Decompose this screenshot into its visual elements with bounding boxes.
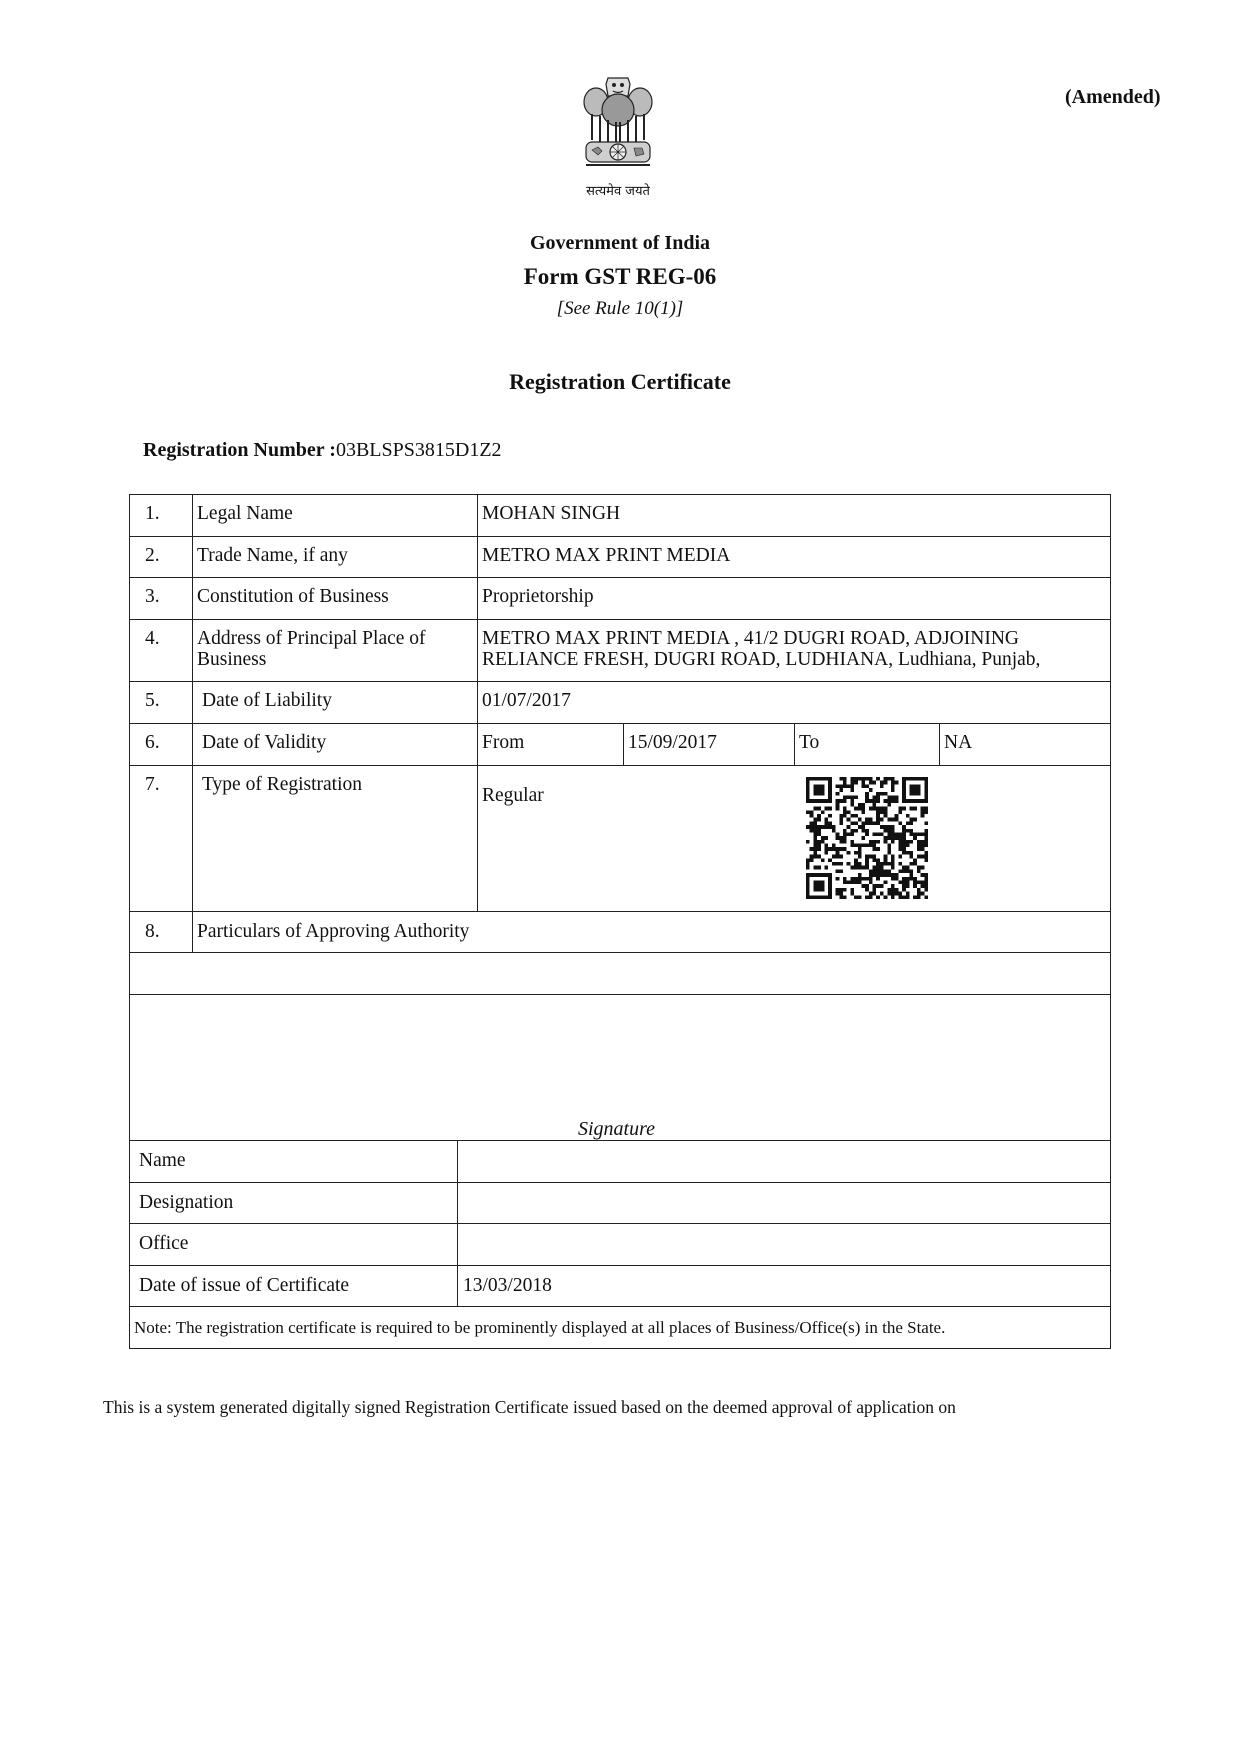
- national-emblem-icon: [578, 70, 658, 170]
- row-line: [129, 536, 1111, 537]
- legal-name-value: MOHAN SINGH: [482, 503, 620, 524]
- row-line: [129, 577, 1111, 578]
- row-line: [129, 952, 1111, 953]
- row-line: [129, 1265, 1111, 1266]
- display-note: Note: The registration certificate is re…: [134, 1317, 945, 1338]
- amended-label: (Amended): [1065, 86, 1161, 109]
- col-divider-from-value: [794, 723, 795, 765]
- row-number: 4.: [145, 628, 160, 649]
- row-line: [129, 1306, 1111, 1307]
- validity-from-value: 15/09/2017: [628, 732, 717, 753]
- col-divider-label: [477, 494, 478, 911]
- government-heading: Government of India: [0, 232, 1240, 255]
- row-label: Constitution of Business: [197, 586, 389, 607]
- signature-label: Signature: [578, 1118, 655, 1141]
- table-border-right: [1110, 494, 1111, 1348]
- registration-number-value: 03BLSPS3815D1Z2: [336, 439, 502, 461]
- row-line: [129, 494, 1111, 495]
- row-number: 6.: [145, 732, 160, 753]
- issue-date-label: Date of issue of Certificate: [139, 1275, 349, 1296]
- row-line: [129, 911, 1111, 912]
- emblem-motto: सत्यमेव जयते: [580, 181, 656, 199]
- row-number: 2.: [145, 545, 160, 566]
- row-line: [129, 1182, 1111, 1183]
- certificate-title: Registration Certificate: [0, 369, 1240, 395]
- row-line: [129, 681, 1111, 682]
- row-label: Address of Principal Place of: [197, 628, 426, 649]
- row-label: Particulars of Approving Authority: [197, 921, 469, 942]
- form-title: Form GST REG-06: [0, 264, 1240, 290]
- validity-to-value: NA: [944, 732, 972, 753]
- row-label: Date of Liability: [202, 690, 332, 711]
- row-line: [129, 994, 1111, 995]
- address-value-line1: METRO MAX PRINT MEDIA , 41/2 DUGRI ROAD,…: [482, 628, 1019, 649]
- row-line: [129, 619, 1111, 620]
- row-number: 5.: [145, 690, 160, 711]
- constitution-value: Proprietorship: [482, 586, 594, 607]
- row-line: [129, 723, 1111, 724]
- row-label: Date of Validity: [202, 732, 326, 753]
- row-line: [129, 1348, 1111, 1349]
- registration-number-label: Registration Number :: [143, 439, 336, 461]
- row-number: 3.: [145, 586, 160, 607]
- row-number: 7.: [145, 774, 160, 795]
- issue-date-value: 13/03/2018: [463, 1275, 552, 1296]
- table-border-left: [129, 494, 130, 1348]
- row-label-line2: Business: [197, 649, 266, 670]
- approver-designation-label: Designation: [139, 1192, 233, 1213]
- qr-code-icon: [806, 777, 928, 899]
- row-line: [129, 1223, 1111, 1224]
- row-number: 1.: [145, 503, 160, 524]
- row-label: Type of Registration: [202, 774, 362, 795]
- col-divider-to: [939, 723, 940, 765]
- system-generated-footer: This is a system generated digitally sig…: [103, 1397, 956, 1418]
- rule-reference: [See Rule 10(1)]: [0, 298, 1240, 320]
- approver-name-label: Name: [139, 1150, 186, 1171]
- registration-type-value: Regular: [482, 785, 544, 806]
- row-label: Trade Name, if any: [197, 545, 348, 566]
- row-line: [129, 765, 1111, 766]
- approver-office-label: Office: [139, 1233, 188, 1254]
- address-value-line2: RELIANCE FRESH, DUGRI ROAD, LUDHIANA, Lu…: [482, 649, 1040, 670]
- registration-number: Registration Number :03BLSPS3815D1Z2: [143, 439, 502, 462]
- row-number: 8.: [145, 921, 160, 942]
- row-label: Legal Name: [197, 503, 293, 524]
- trade-name-value: METRO MAX PRINT MEDIA: [482, 545, 730, 566]
- date-of-liability-value: 01/07/2017: [482, 690, 571, 711]
- validity-to-label: To: [799, 732, 819, 753]
- col-divider-from: [623, 723, 624, 765]
- validity-from-label: From: [482, 732, 524, 753]
